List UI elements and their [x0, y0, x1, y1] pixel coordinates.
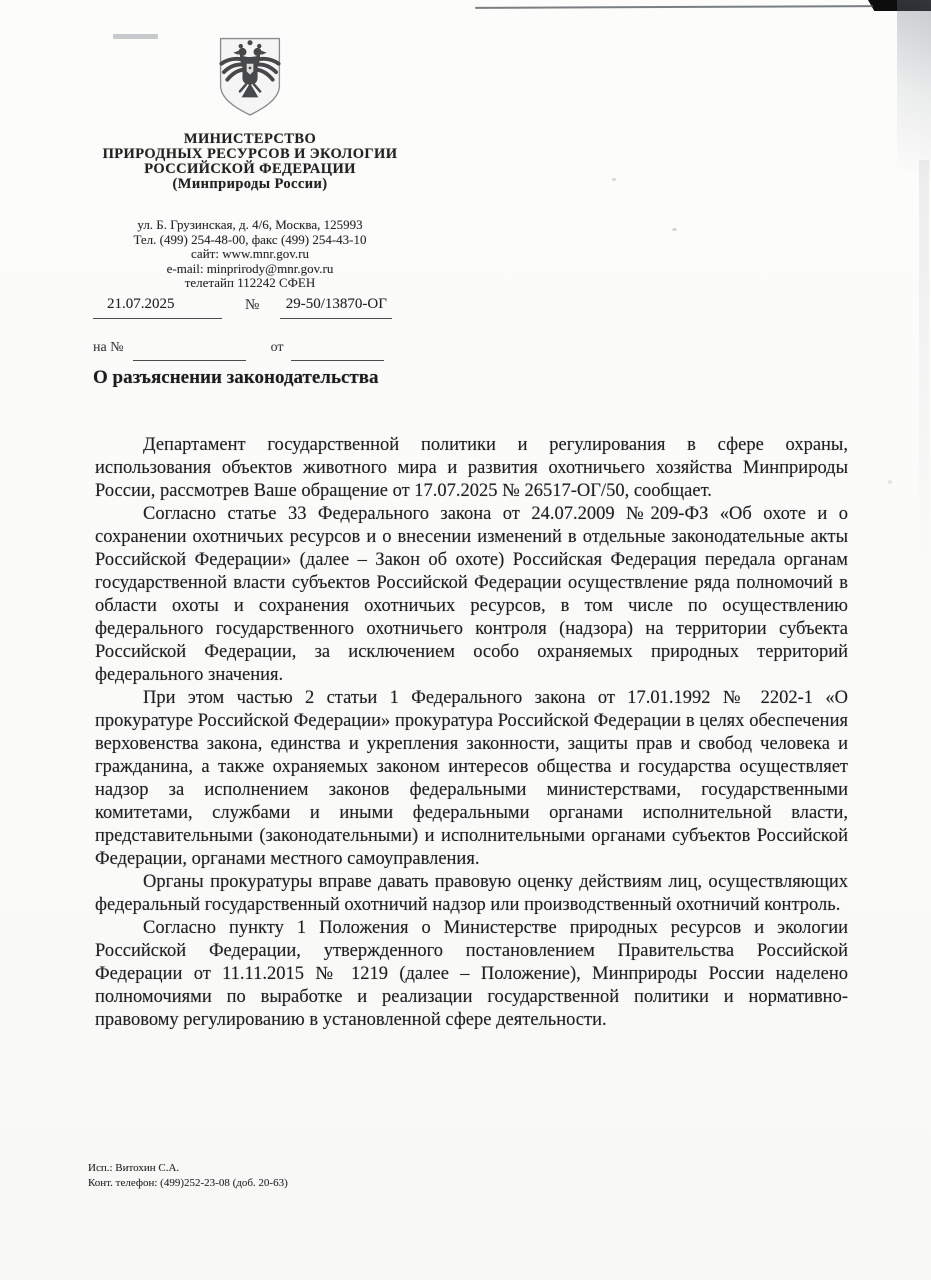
- reply-from-label: от: [271, 340, 284, 361]
- body-paragraph: Органы прокуратуры вправе давать правову…: [95, 871, 848, 917]
- executor-phone: Конт. телефон: (499)252-23-08 (доб. 20-6…: [88, 1176, 288, 1191]
- contact-site: сайт: www.mnr.gov.ru: [40, 247, 460, 262]
- date-number-row: 21.07.2025 № 29-50/13870-ОГ: [93, 296, 573, 319]
- ministry-name: МИНИСТЕРСТВО ПРИРОДНЫХ РЕСУРСОВ И ЭКОЛОГ…: [40, 132, 460, 192]
- contact-phone: Тел. (499) 254-48-00, факс (499) 254-43-…: [40, 233, 460, 248]
- executor-name: Исп.: Витохин С.А.: [88, 1161, 288, 1176]
- reply-to-label: на №: [93, 340, 124, 361]
- coat-of-arms-icon: [206, 36, 294, 120]
- letter-number: 29-50/13870-ОГ: [280, 296, 392, 319]
- contact-teletype: телетайп 112242 СФЕН: [40, 276, 460, 291]
- scan-artifact-line: [475, 5, 873, 9]
- body-paragraph: Департамент государственной политики и р…: [95, 434, 848, 503]
- body-paragraph: При этом частью 2 статьи 1 Федерального …: [95, 687, 848, 871]
- contact-email: e-mail: minprirody@mnr.gov.ru: [40, 262, 460, 277]
- reference-block: 21.07.2025 № 29-50/13870-ОГ на № от О ра…: [93, 296, 573, 389]
- ministry-contacts: ул. Б. Грузинская, д. 4/6, Москва, 12599…: [40, 218, 460, 291]
- ministry-line: (Минприроды России): [40, 177, 460, 192]
- reply-number-blank: [133, 355, 246, 361]
- scan-artifact-streak-lower: [919, 160, 929, 580]
- letterhead: МИНИСТЕРСТВО ПРИРОДНЫХ РЕСУРСОВ И ЭКОЛОГ…: [40, 36, 460, 291]
- scan-speck: [888, 480, 892, 484]
- letter-footer: Исп.: Витохин С.А. Конт. телефон: (499)2…: [88, 1161, 288, 1191]
- reply-date-blank: [291, 355, 384, 361]
- ministry-line: РОССИЙСКОЙ ФЕДЕРАЦИИ: [40, 162, 460, 177]
- reply-reference-row: на № от: [93, 340, 573, 361]
- letter-body: Департамент государственной политики и р…: [95, 434, 848, 1032]
- letter-date: 21.07.2025: [93, 296, 222, 319]
- ministry-line: ПРИРОДНЫХ РЕСУРСОВ И ЭКОЛОГИИ: [40, 147, 460, 162]
- number-sign-label: №: [245, 297, 259, 319]
- letter-subject: О разъяснении законодательства: [93, 367, 573, 389]
- body-paragraph: Согласно статье 33 Федерального закона о…: [95, 503, 848, 687]
- scan-speck: [672, 228, 677, 231]
- contact-address: ул. Б. Грузинская, д. 4/6, Москва, 12599…: [40, 218, 460, 233]
- body-paragraph: Согласно пункту 1 Положения о Министерст…: [95, 917, 848, 1032]
- scan-speck: [612, 178, 616, 181]
- ministry-line: МИНИСТЕРСТВО: [40, 132, 460, 147]
- scanned-letter-page: МИНИСТЕРСТВО ПРИРОДНЫХ РЕСУРСОВ И ЭКОЛОГ…: [0, 0, 931, 1280]
